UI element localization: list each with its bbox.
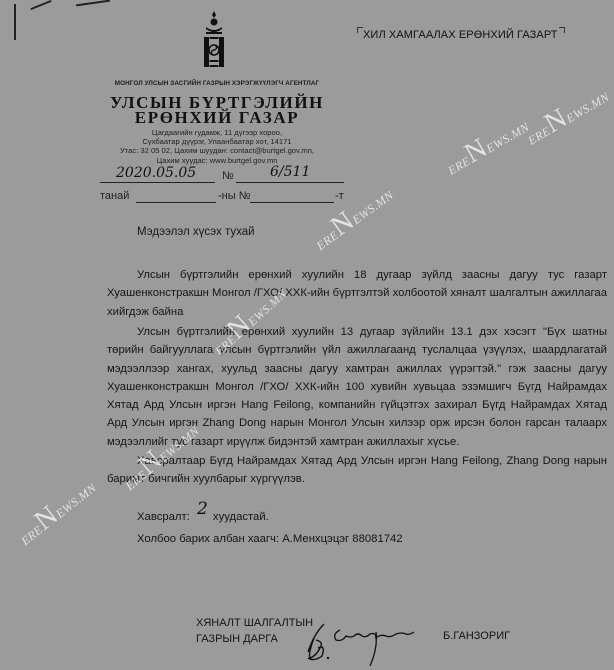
reference-line: 2020.05.05 № 6/511	[100, 164, 340, 184]
number-label: №	[222, 170, 234, 182]
number-rule	[236, 182, 344, 183]
reply-date-rule	[136, 202, 216, 203]
address-line: Сүхбаатар дүүрэг, Улаанбаатар хот, 14171	[97, 137, 337, 146]
watermark-suffix: EWS.MN	[564, 90, 612, 126]
contact-line: Холбоо барих албан хаагч: А.Менхцэцэг 88…	[137, 533, 403, 545]
date-rule	[100, 182, 215, 183]
signatory-title-line2: ГАЗРЫН ДАРГА	[196, 631, 313, 647]
attachment-line: Хавсралт: 2 хуудастай.	[137, 505, 269, 525]
watermark: ERENEWS.MN	[10, 470, 102, 552]
reply-suffix: -т	[335, 190, 344, 202]
handwritten-signature-icon	[300, 612, 430, 670]
addressee-text: ХИЛ ХАМГААЛАХ ЕРӨНХИЙ ГАЗАРТ	[363, 29, 558, 41]
attachment-suffix: хуудастай.	[213, 511, 269, 523]
scanned-letter: МОНГОЛ УЛСЫН ЗАСГИЙН ГАЗРЫН ХЭРЭГЖҮҮЛЭГЧ…	[0, 0, 614, 670]
signatory-name: Б.ГАНЗОРИГ	[443, 630, 510, 642]
bracket-right	[559, 27, 565, 33]
number-handwritten: 6/511	[270, 164, 310, 180]
attachment-label: Хавсралт:	[137, 511, 190, 523]
attachment-count-handwritten: 2	[197, 499, 208, 519]
bracket-left	[357, 27, 363, 33]
date-handwritten: 2020.05.05	[116, 165, 196, 181]
reply-mid: -ны №	[218, 190, 251, 202]
addressee: ХИЛ ХАМГААЛАХ ЕРӨНХИЙ ГАЗАРТ	[363, 29, 558, 41]
letter-subject: Мэдээлэл хүсэх тухай	[137, 226, 255, 238]
scan-mark	[30, 0, 51, 10]
address-line: Цагдаагийн гудамж, 11 дүгээр хороо,	[97, 128, 337, 137]
address-line: Утас: 32 05 02, Цахим шуудан: contact@bu…	[97, 146, 337, 155]
scan-mark	[76, 0, 110, 6]
org-name-line2: ЕРӨНХИЙ ГАЗАР	[97, 110, 337, 125]
watermark-suffix: EWS.MN	[53, 481, 99, 521]
signatory-title: ХЯНАЛТ ШАЛГАЛТЫН ГАЗРЫН ДАРГА	[196, 615, 313, 647]
org-name: УЛСЫН БҮРТГЭЛИЙН ЕРӨНХИЙ ГАЗАР	[97, 95, 337, 125]
scan-mark	[14, 4, 16, 40]
signatory-title-line1: ХЯНАЛТ ШАЛГАЛТЫН	[196, 615, 313, 631]
org-address: Цагдаагийн гудамж, 11 дүгээр хороо, Сүхб…	[97, 128, 337, 165]
watermark: ERENEWS.MN	[439, 109, 534, 182]
reply-number-rule	[250, 202, 334, 203]
agency-line: МОНГОЛ УЛСЫН ЗАСГИЙН ГАЗРЫН ХЭРЭГЖҮҮЛЭГЧ…	[97, 80, 337, 87]
reply-prefix: танай	[100, 190, 129, 202]
reply-reference-line: танай -ны № -т	[100, 188, 340, 206]
watermark-suffix: EWS.MN	[350, 188, 397, 227]
paragraph-1: Улсын бүртгэлийн ерөнхий хуулийн 18 дуга…	[107, 266, 607, 321]
soyombo-emblem-icon	[197, 10, 231, 72]
watermark: ERENEWS.MN	[519, 79, 614, 152]
